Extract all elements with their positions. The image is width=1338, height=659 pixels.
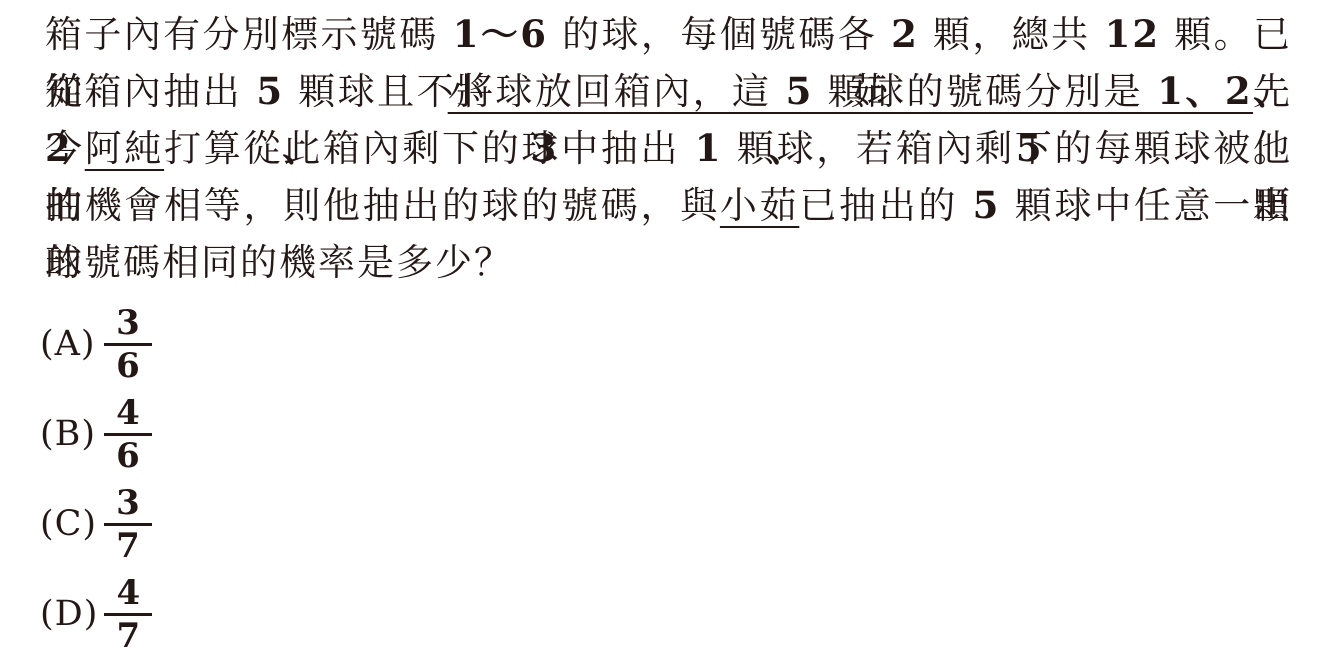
option-c: (C) 3 7 xyxy=(40,479,1338,569)
bold-number: 5 xyxy=(786,69,814,113)
text-segment: 的機會相等，則他抽出的球的號碼，與 xyxy=(45,184,720,227)
option-a: (A) 3 6 xyxy=(40,299,1338,389)
option-b-label: (B) xyxy=(40,414,98,454)
fraction-denominator: 6 xyxy=(104,436,152,473)
text-segment: 已抽出的 xyxy=(799,184,972,227)
option-a-fraction: 3 6 xyxy=(104,306,152,383)
text-segment: 打算從此箱內剩下的球中抽出 xyxy=(164,127,695,170)
option-b: (B) 4 6 xyxy=(40,389,1338,479)
problem-text: 箱子內有分別標示號碼 1～6 的球，每個號碼各 2 顆，總共 12 顆。已知小茹… xyxy=(0,0,1338,291)
bold-number: 12 xyxy=(1105,12,1161,56)
fraction-denominator: 6 xyxy=(104,346,152,383)
option-d: (D) 4 7 xyxy=(40,569,1338,659)
problem-line-4: 的機會相等，則他抽出的球的號碼，與小茹已抽出的 5 顆球中任意一顆球 xyxy=(45,177,1292,234)
problem-line-5: 的號碼相同的機率是多少？ xyxy=(45,234,1292,291)
options-list: (A) 3 6 (B) 4 6 (C) 3 7 (D) xyxy=(0,299,1338,659)
bold-number: 1～6 xyxy=(453,12,548,56)
bold-number: 5 xyxy=(256,69,284,113)
text-segment: 顆球且不將球放回箱內，這 xyxy=(284,70,786,113)
text-segment: 從箱內抽出 xyxy=(45,70,256,113)
problem-line-3: 今阿純打算從此箱內剩下的球中抽出 1 顆球，若箱內剩下的每顆球被他抽出 xyxy=(45,120,1292,177)
question-page: 箱子內有分別標示號碼 1～6 的球，每個號碼各 2 顆，總共 12 顆。已知小茹… xyxy=(0,0,1338,659)
text-segment: 顆，總共 xyxy=(919,13,1105,56)
bold-number: 1 xyxy=(695,126,723,170)
option-c-label: (C) xyxy=(40,504,98,544)
problem-line-1: 箱子內有分別標示號碼 1～6 的球，每個號碼各 2 顆，總共 12 顆。已知小茹… xyxy=(45,6,1292,63)
option-b-fraction: 4 6 xyxy=(104,396,152,473)
name-achun-underlined: 阿純 xyxy=(85,127,164,170)
text-segment: 的號碼相同的機率是多少？ xyxy=(45,241,513,284)
option-a-label: (A) xyxy=(40,324,98,364)
option-d-label: (D) xyxy=(40,594,98,634)
problem-line-2: 從箱內抽出 5 顆球且不將球放回箱內，這 5 顆球的號碼分別是 1、2、2、3、… xyxy=(45,63,1292,120)
text-segment: 今 xyxy=(45,127,85,170)
fraction-numerator: 4 xyxy=(104,576,152,613)
bold-number: 2 xyxy=(891,12,919,56)
bold-number: 5 xyxy=(973,183,1001,227)
option-c-fraction: 3 7 xyxy=(104,486,152,563)
name-xiaoru-underlined: 小茹 xyxy=(720,184,799,227)
text-segment: 箱子內有分別標示號碼 xyxy=(45,13,453,56)
option-d-fraction: 4 7 xyxy=(104,576,152,653)
fraction-denominator: 7 xyxy=(104,616,152,653)
fraction-numerator: 3 xyxy=(104,306,152,343)
text-segment: 顆球的號碼分別是 xyxy=(813,70,1157,113)
text-segment: 的球，每個號碼各 xyxy=(548,13,891,56)
fraction-denominator: 7 xyxy=(104,526,152,563)
fraction-numerator: 3 xyxy=(104,486,152,523)
fraction-numerator: 4 xyxy=(104,396,152,433)
